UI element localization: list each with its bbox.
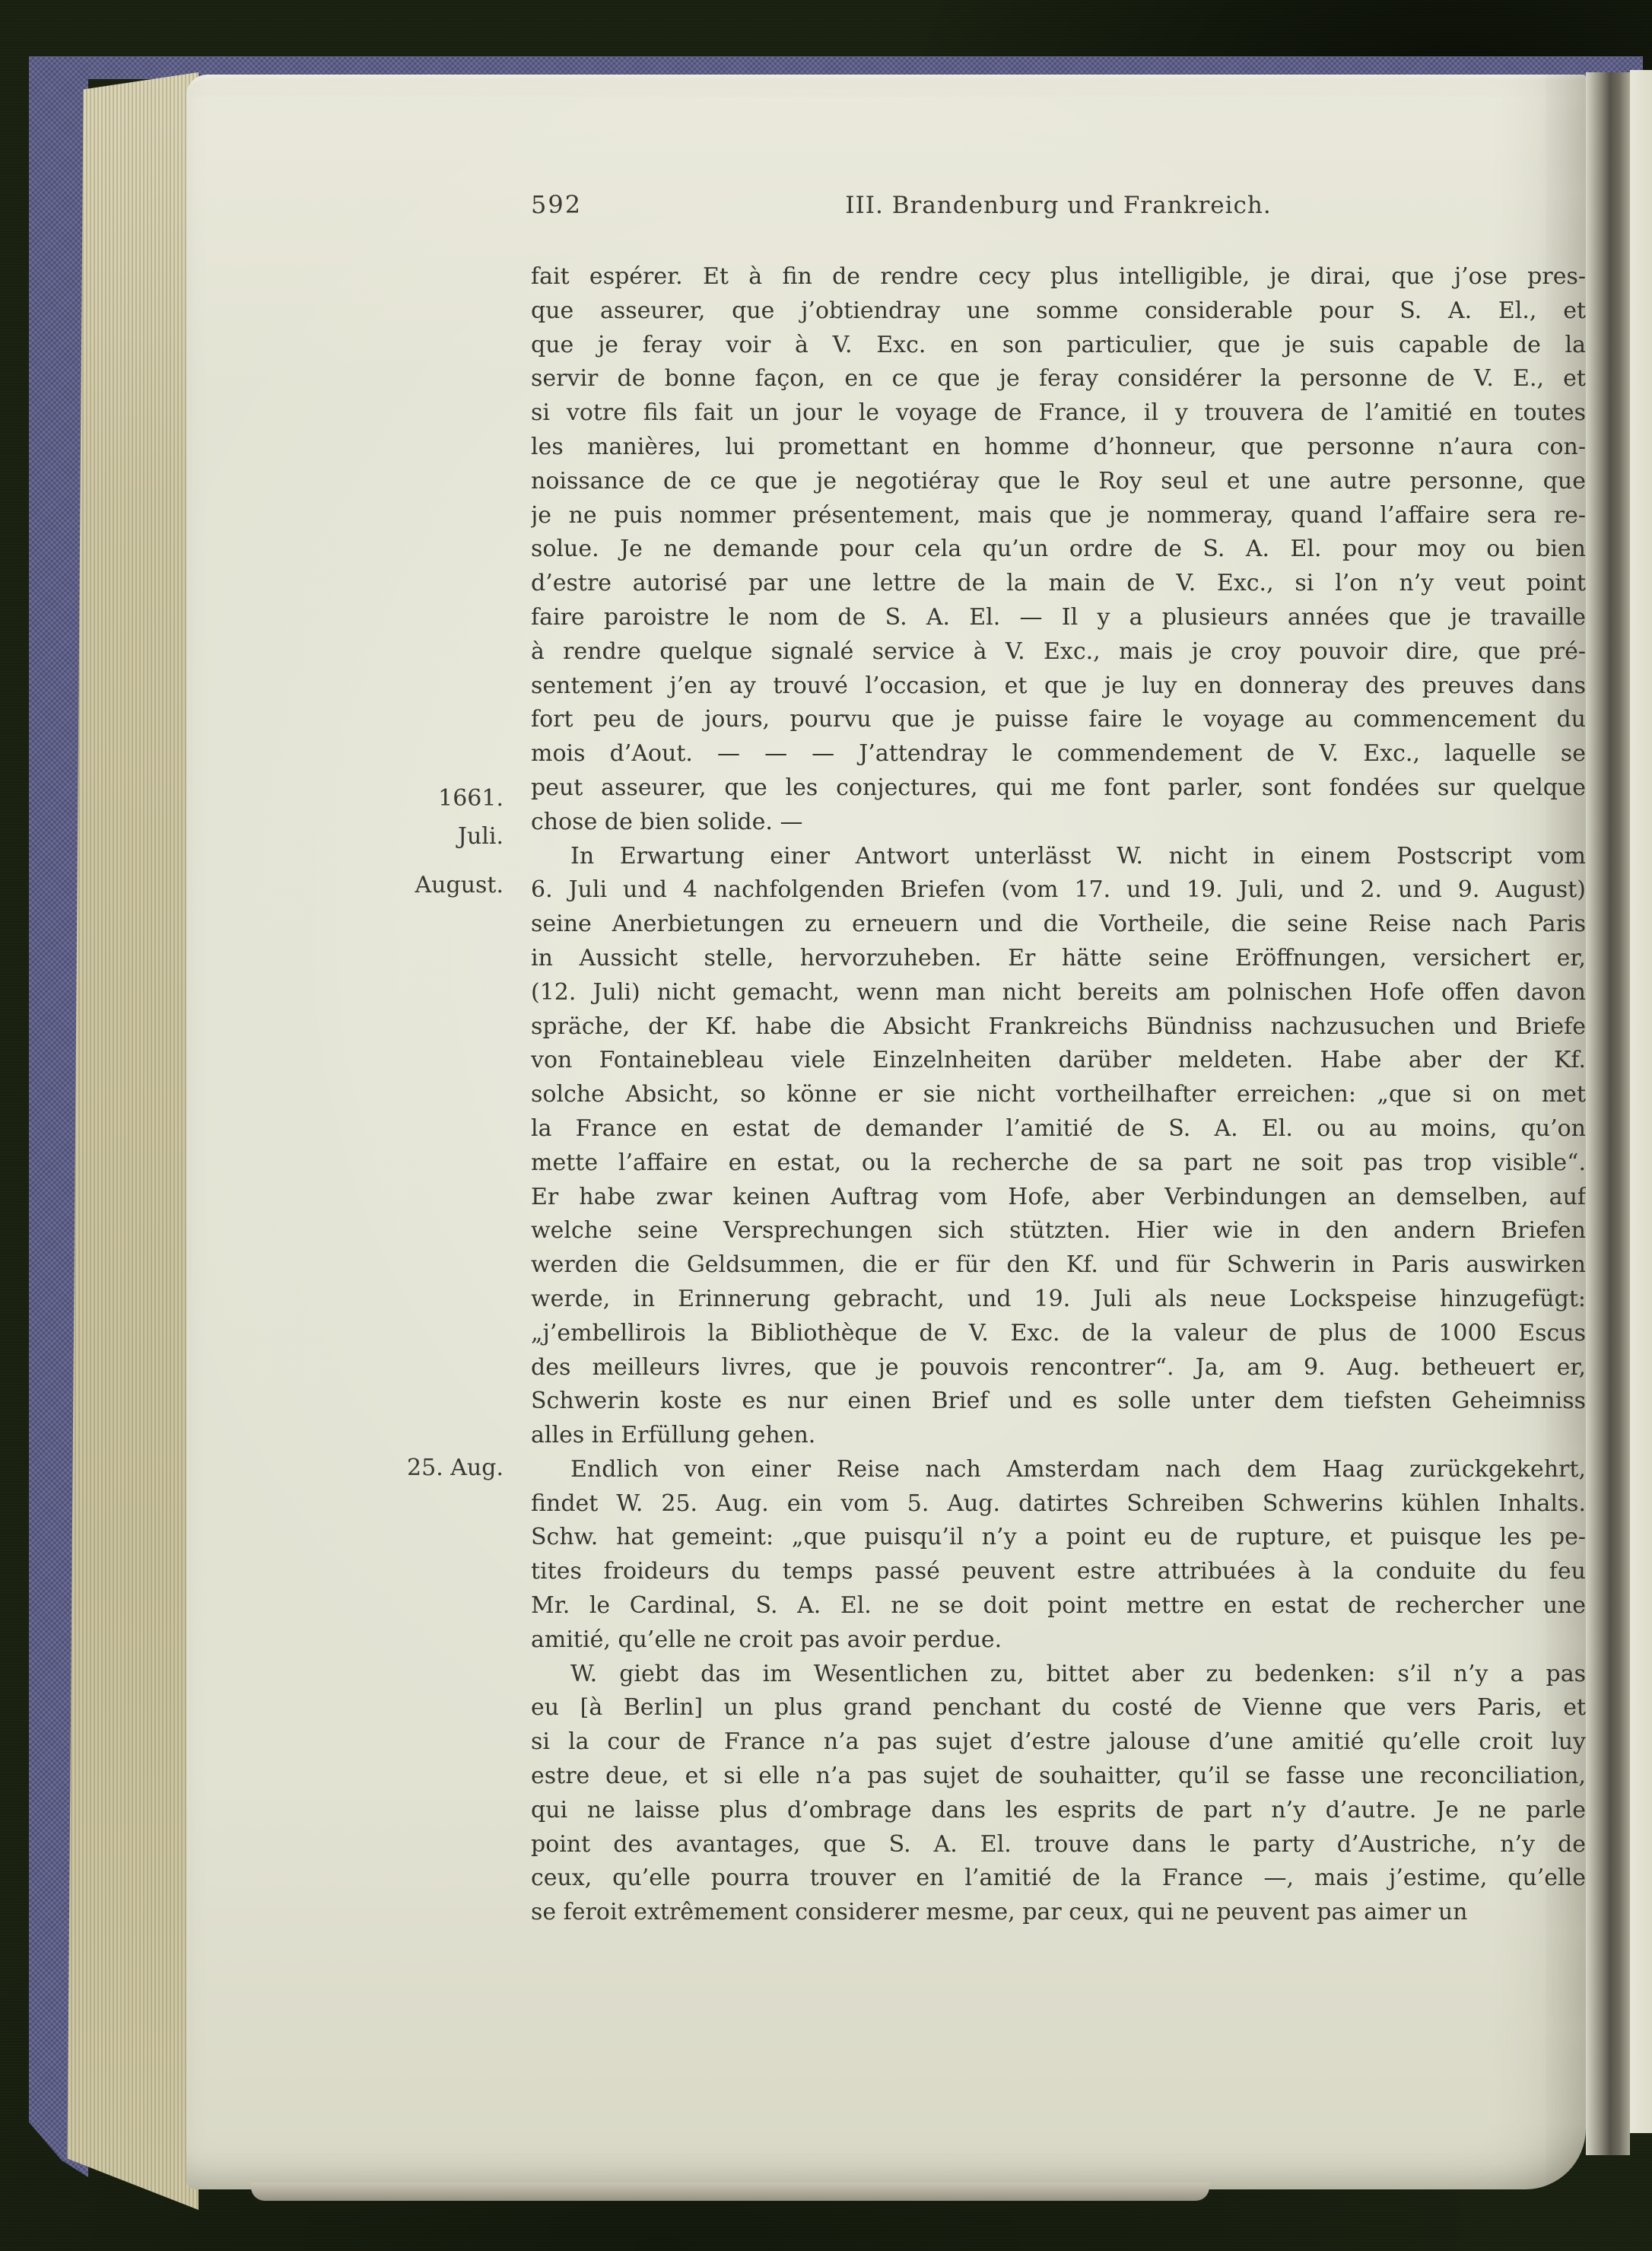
text-line: seine Anerbietungen zu erneuern und die …	[531, 908, 1586, 942]
text-line: qui ne laisse plus d’ombrage dans les es…	[531, 1794, 1586, 1828]
text-line: mette l’affaire en estat, ou la recherch…	[531, 1146, 1586, 1181]
text-line: amitié, qu’elle ne croit pas avoir perdu…	[531, 1623, 1586, 1658]
text-line: solue. Je ne demande pour cela qu’un ord…	[531, 533, 1586, 567]
text-line: mois d’Aout. — — — J’attendray le commen…	[531, 737, 1586, 771]
text-line: estre deue, et si elle n’a pas sujet de …	[531, 1760, 1586, 1794]
text-line: je ne puis nommer présentement, mais que…	[531, 499, 1586, 533]
running-header: III. Brandenburg und Frankreich.	[531, 192, 1586, 219]
text-line: eu [à Berlin] un plus grand penchant du …	[531, 1691, 1586, 1725]
facing-page-edge	[1630, 70, 1652, 2133]
gutter-shadow	[1586, 72, 1630, 2155]
text-line: in Aussicht stelle, hervorzuheben. Er hä…	[531, 942, 1586, 976]
text-line: à rendre quelque signalé service à V. Ex…	[531, 635, 1586, 669]
text-line: la France en estat de demander l’amitié …	[531, 1112, 1586, 1146]
text-line: se feroit extrêmement considerer mesme, …	[531, 1896, 1586, 1930]
text-line: von Fontainebleau viele Einzelnheiten da…	[531, 1044, 1586, 1078]
text-line: Endlich von einer Reise nach Amsterdam n…	[531, 1453, 1586, 1487]
text-line: Mr. le Cardinal, S. A. El. ne se doit po…	[531, 1589, 1586, 1623]
margin-note-month-juli: Juli.	[356, 823, 504, 850]
text-line: solche Absicht, so könne er sie nicht vo…	[531, 1078, 1586, 1112]
text-line: peut asseurer, que les conjectures, qui …	[531, 771, 1586, 806]
text-line: Schw. hat gemeint: „que puisqu’il n’y a …	[531, 1521, 1586, 1555]
text-line: welche seine Versprechungen sich stützte…	[531, 1214, 1586, 1248]
text-line: des meilleurs livres, que je pouvois ren…	[531, 1351, 1586, 1385]
text-line: les manières, lui promettant en homme d’…	[531, 431, 1586, 465]
page-stack-fore-edge	[65, 72, 199, 2210]
text-line: Schwerin koste es nur einen Brief und es…	[531, 1385, 1586, 1419]
text-line: si la cour de France n’a pas sujet d’est…	[531, 1725, 1586, 1760]
text-line: d’estre autorisé par une lettre de la ma…	[531, 567, 1586, 601]
text-line: point des avantages, que S. A. El. trouv…	[531, 1828, 1586, 1862]
text-line: werden die Geldsummen, die er für den Kf…	[531, 1248, 1586, 1283]
text-line: ceux, qu’elle pourra trouver en l’amitié…	[531, 1862, 1586, 1896]
margin-note-year: 1661.	[356, 785, 504, 812]
text-line: que asseurer, que j’obtiendray une somme…	[531, 294, 1586, 329]
text-line: W. giebt das im Wesentlichen zu, bittet …	[531, 1658, 1586, 1692]
text-line: „j’embellirois la Bibliothèque de V. Exc…	[531, 1317, 1586, 1351]
margin-note-month-august: August.	[356, 872, 504, 898]
text-line: chose de bien solide. —	[531, 806, 1586, 840]
text-line: findet W. 25. Aug. ein vom 5. Aug. datir…	[531, 1487, 1586, 1521]
text-line: servir de bonne façon, en ce que je fera…	[531, 362, 1586, 396]
text-line: fort peu de jours, pourvu que je puisse …	[531, 703, 1586, 737]
text-line: Er habe zwar keinen Auftrag vom Hofe, ab…	[531, 1181, 1586, 1215]
margin-notes-column: 1661. Juli. August. 25. Aug.	[356, 0, 504, 2251]
text-line: fait espérer. Et à fin de rendre cecy pl…	[531, 260, 1586, 294]
text-line: werde, in Erinnerung gebracht, und 19. J…	[531, 1283, 1586, 1317]
text-line: si votre fils fait un jour le voyage de …	[531, 396, 1586, 431]
text-line: (12. Juli) nicht gemacht, wenn man nicht…	[531, 976, 1586, 1010]
text-line: noissance de ce que je negotiéray que le…	[531, 465, 1586, 499]
text-line: In Erwartung einer Antwort unterlässt W.…	[531, 840, 1586, 874]
text-line: faire paroistre le nom de S. A. El. — Il…	[531, 601, 1586, 635]
text-line: spräche, der Kf. habe die Absicht Frankr…	[531, 1010, 1586, 1044]
text-line: sentement j’en ay trouvé l’occasion, et …	[531, 669, 1586, 704]
text-line: 6. Juli und 4 nachfolgenden Briefen (vom…	[531, 873, 1586, 908]
text-block: fait espérer. Et à fin de rendre cecy pl…	[531, 260, 1586, 1930]
text-line: que je feray voir à V. Exc. en son parti…	[531, 329, 1586, 363]
text-line: alles in Erfüllung gehen.	[531, 1419, 1586, 1453]
text-line: tites froideurs du temps passé peuvent e…	[531, 1555, 1586, 1589]
margin-note-date-25-aug: 25. Aug.	[356, 1455, 504, 1481]
